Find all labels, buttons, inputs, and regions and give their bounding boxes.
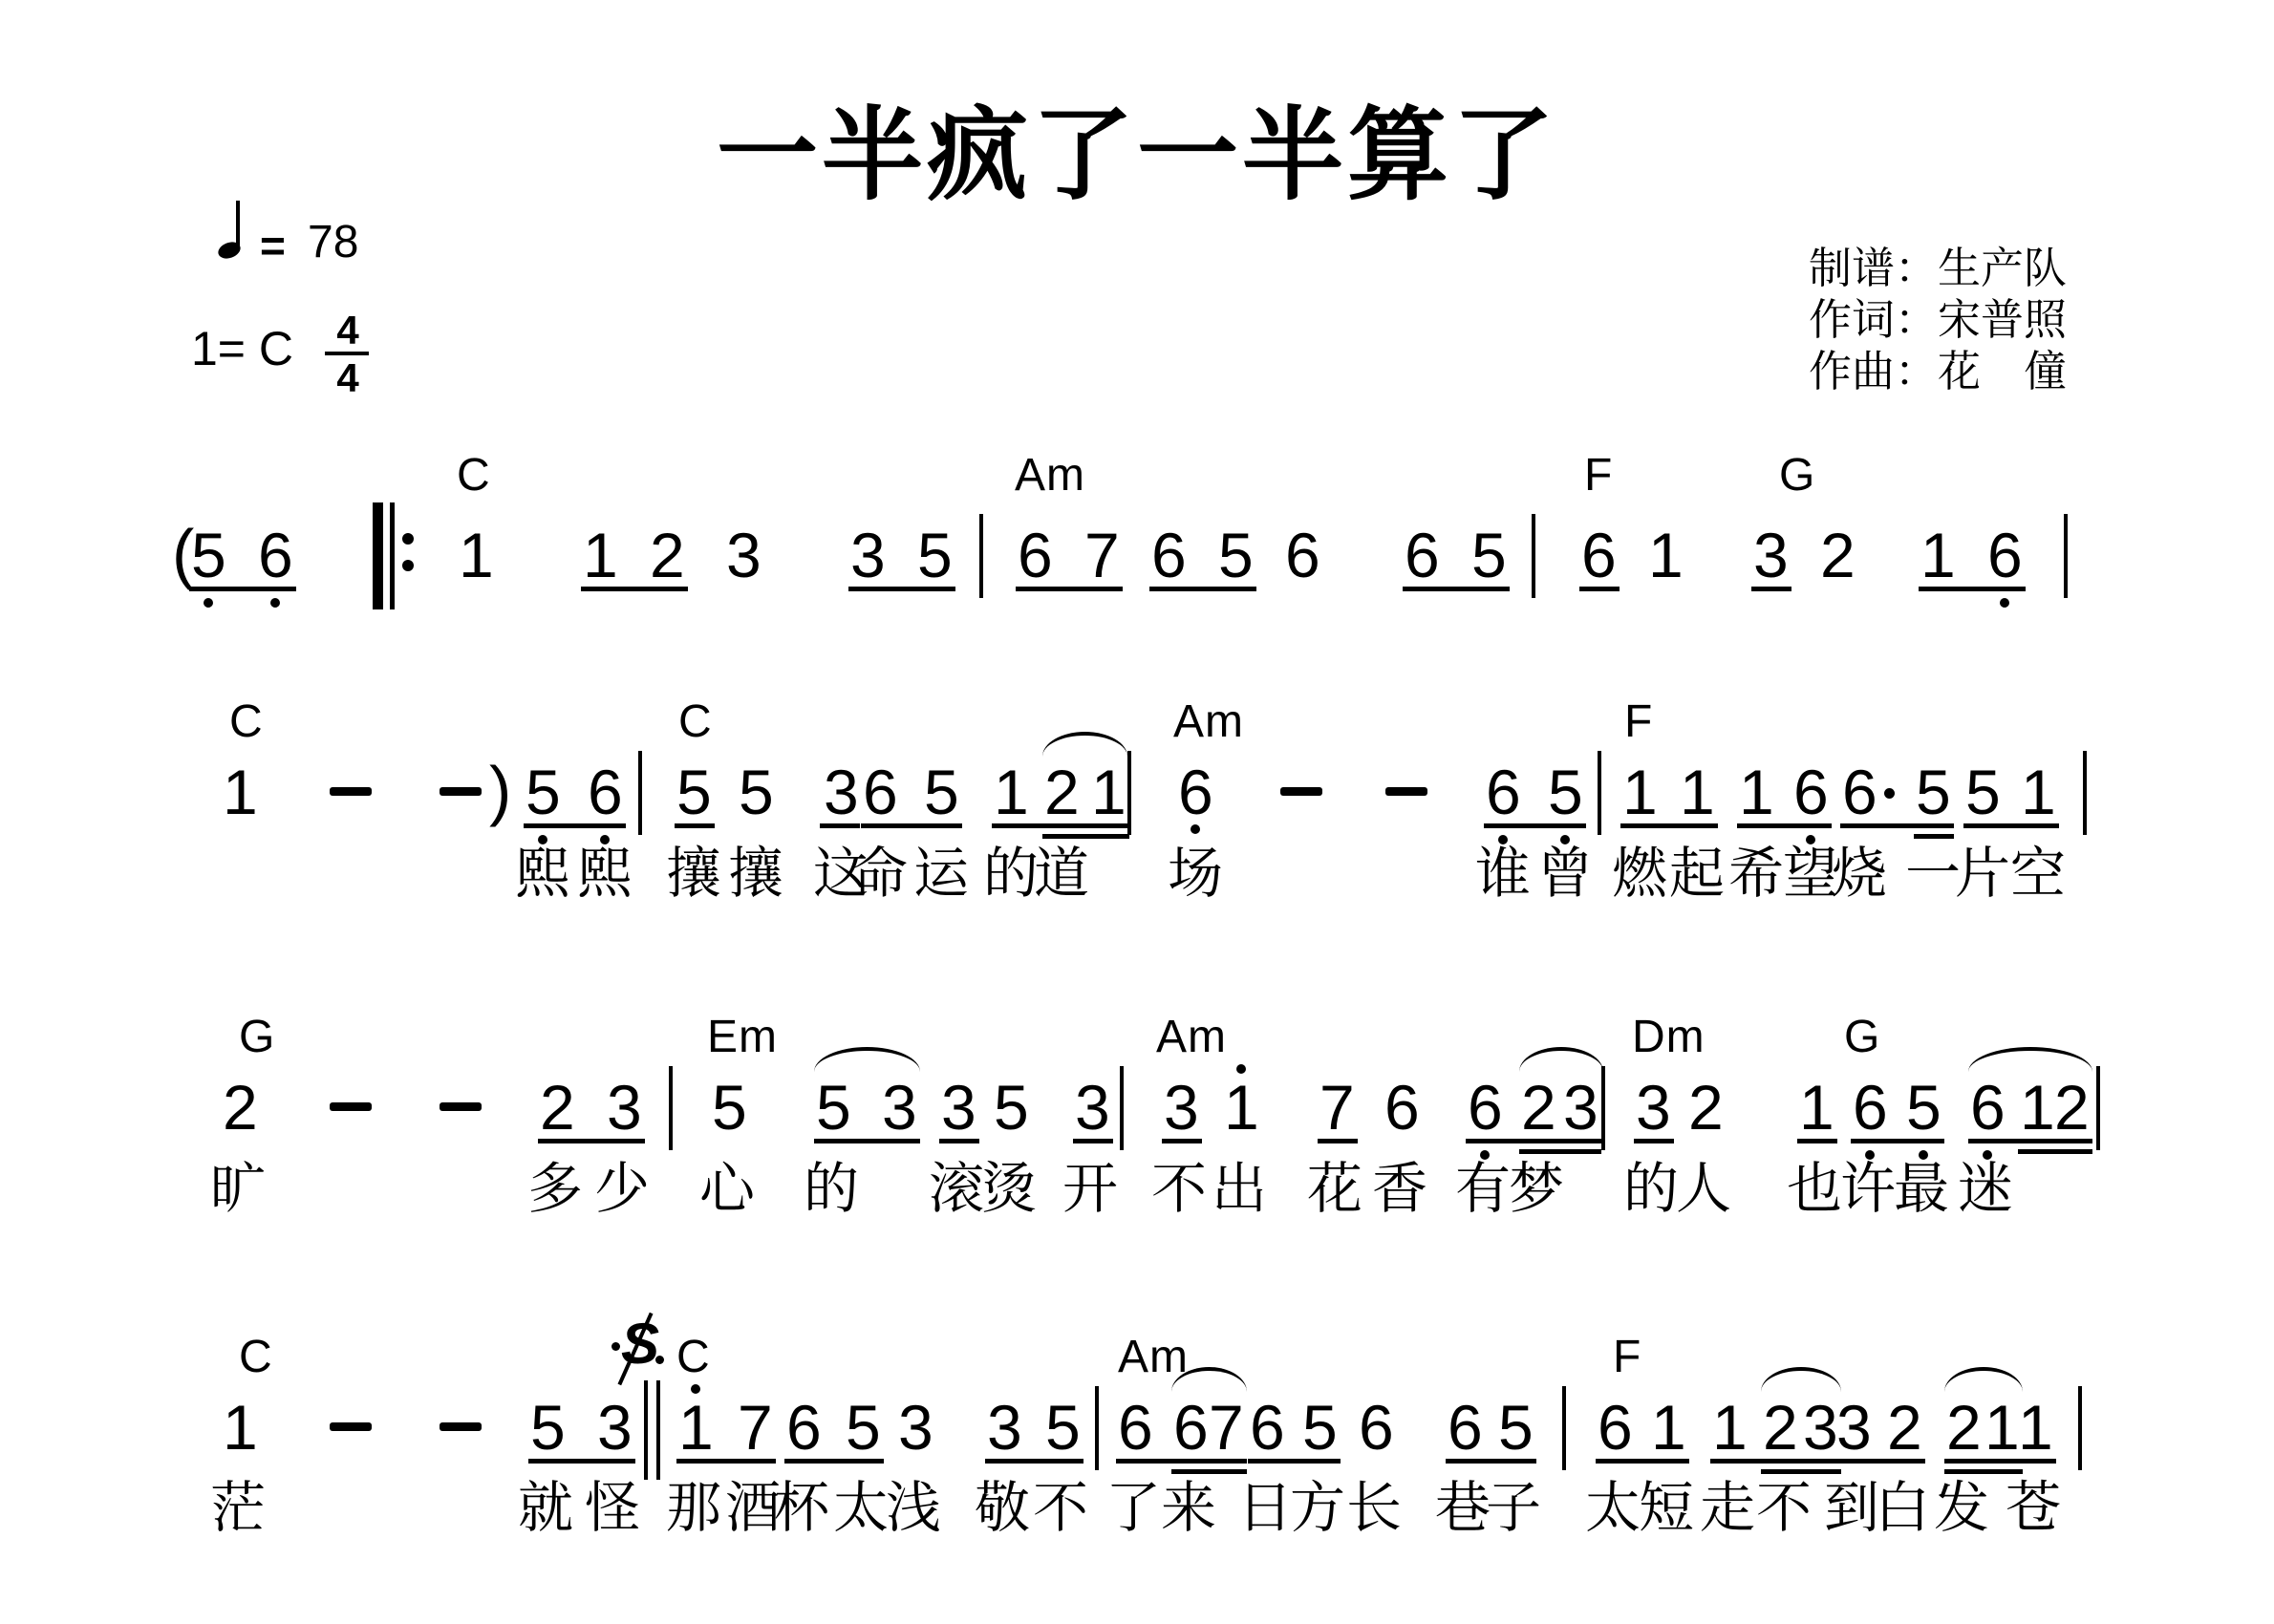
note-digit: 1 xyxy=(2020,1079,2055,1135)
note-digit: 1 xyxy=(2018,1400,2053,1455)
dash-extension xyxy=(330,787,372,796)
note-digit: 5 xyxy=(1548,764,1583,820)
note-digit: 6 xyxy=(588,764,623,820)
note-digit: 5 xyxy=(191,527,226,583)
note-digit: 1 xyxy=(1799,1079,1834,1135)
note-digit: 6 xyxy=(1448,1400,1483,1455)
note-digit: 6 xyxy=(1178,764,1213,820)
segno-dot xyxy=(611,1342,620,1351)
chord-label: G xyxy=(1779,449,1815,502)
repeat-start-thin-bar xyxy=(390,502,395,609)
lyric-syllable: 敬 xyxy=(975,1479,1030,1538)
slur-arc xyxy=(1042,732,1127,757)
beam-underline xyxy=(1519,1149,1601,1154)
barline xyxy=(1120,1066,1124,1150)
note-digit: 5 xyxy=(846,1400,881,1455)
note-digit: 3 xyxy=(1803,1400,1838,1455)
barline xyxy=(1562,1386,1566,1470)
note-digit: 3 xyxy=(726,527,762,583)
barline xyxy=(638,751,642,835)
chord-label: F xyxy=(1624,695,1653,748)
lyric-syllable: 茫 xyxy=(210,1479,266,1538)
note-digit: 3 xyxy=(1836,1400,1872,1455)
lyric-syllable: 子 xyxy=(1486,1479,1541,1538)
chord-label: Am xyxy=(1156,1011,1227,1063)
lyric-syllable: 旷 xyxy=(210,1160,266,1219)
note-digit: 6 xyxy=(1359,1400,1394,1455)
note-digit: 3 xyxy=(1075,1079,1110,1135)
tempo-equals: = xyxy=(260,220,286,271)
lyric-syllable: 杯 xyxy=(774,1479,829,1538)
repeat-start-thick-bar xyxy=(373,502,383,609)
lyric-syllable: 烫 xyxy=(981,1160,1037,1219)
note-digit: 2 xyxy=(1688,1079,1724,1135)
note-digit: 7 xyxy=(1209,1400,1244,1455)
note-digit: 5 xyxy=(712,1079,747,1135)
lyric-syllable: 短 xyxy=(1639,1479,1694,1538)
note-digit: 1 xyxy=(1680,764,1715,820)
note-digit: 2 xyxy=(540,1079,575,1135)
octave-low-dot xyxy=(2000,598,2009,608)
chord-label: G xyxy=(239,1011,275,1063)
barline xyxy=(2078,1386,2082,1470)
barline xyxy=(2083,751,2087,835)
note-digit: 3 xyxy=(987,1400,1022,1455)
note-digit: 5 xyxy=(1916,764,1951,820)
lyric-syllable: 望 xyxy=(1783,844,1838,904)
lyric-syllable: 的 xyxy=(983,844,1039,904)
note-digit: 6 xyxy=(1970,1079,2006,1135)
note-digit: 1 xyxy=(994,764,1029,820)
chord-label: F xyxy=(1584,449,1613,502)
lyric-syllable: 酒 xyxy=(725,1479,781,1538)
note-digit: 5 xyxy=(816,1079,851,1135)
lyric-syllable: 场 xyxy=(1168,844,1223,904)
octave-low-dot xyxy=(270,598,280,608)
note-digit: 6 xyxy=(1581,527,1617,583)
lyric-syllable: 少 xyxy=(594,1160,650,1219)
lyric-syllable: 人 xyxy=(1676,1160,1731,1219)
note-digit: 6 xyxy=(1384,1079,1420,1135)
sheet-music-page: 一半疯了一半算了 = 78 1= C 4 4 制谱：生产队 作词：宋普照 作曲：… xyxy=(0,0,2274,1624)
barline xyxy=(1532,514,1535,598)
note-digit: 3 xyxy=(898,1400,933,1455)
note-digit: 2 xyxy=(1044,764,1080,820)
note-digit: 6 xyxy=(1250,1400,1285,1455)
chord-label: Am xyxy=(1015,449,1085,502)
note-digit: 5 xyxy=(924,764,959,820)
lyric-syllable: 心 xyxy=(699,1160,755,1219)
lyric-syllable: 苍 xyxy=(2006,1479,2061,1538)
note-digit: 6 xyxy=(1151,527,1187,583)
note-digit: 7 xyxy=(1084,527,1120,583)
note-digit: 1 xyxy=(583,527,618,583)
dash-extension xyxy=(1385,787,1427,796)
note-digit: 3 xyxy=(824,764,859,820)
dash-extension xyxy=(330,1102,372,1111)
lyric-syllable: 滚 xyxy=(929,1160,984,1219)
barline xyxy=(979,514,983,598)
note-digit: 5 xyxy=(994,1079,1029,1135)
chord-label: C xyxy=(678,695,713,748)
song-title: 一半疯了一半算了 xyxy=(0,75,2274,220)
lyric-syllable: 谁 xyxy=(1475,844,1531,904)
repeat-dot xyxy=(402,560,414,571)
lyric-syllable: 梦 xyxy=(1509,1160,1564,1219)
repeat-dot xyxy=(402,533,414,545)
note-digit: 3 xyxy=(1636,1079,1671,1135)
note-digit: 3 xyxy=(597,1400,633,1455)
note-digit: 3 xyxy=(850,527,886,583)
lyric-syllable: 太 xyxy=(1585,1479,1641,1538)
octave-low-dot xyxy=(1191,824,1200,834)
note-digit: 3 xyxy=(941,1079,976,1135)
note-digit: 6 xyxy=(1405,527,1440,583)
lyric-syllable: 不 xyxy=(1151,1160,1207,1219)
lyric-syllable: 攘 xyxy=(728,844,783,904)
beam-underline xyxy=(1171,1469,1247,1474)
note-digit: 2 xyxy=(1887,1400,1922,1455)
dash-extension xyxy=(440,1422,482,1431)
lyric-syllable: 到 xyxy=(1824,1479,1879,1538)
note-digit: 3 xyxy=(607,1079,642,1135)
slur-arc xyxy=(814,1047,920,1072)
barline xyxy=(669,1066,673,1150)
chord-label: Em xyxy=(707,1011,778,1063)
note-digit: 1 xyxy=(1648,527,1684,583)
parenthesis: ) xyxy=(489,757,511,823)
chord-label: C xyxy=(229,695,264,748)
note-digit: 5 xyxy=(1045,1400,1081,1455)
lyric-syllable: 希 xyxy=(1728,844,1784,904)
note-digit: 6 xyxy=(1018,527,1053,583)
note-digit: 1 xyxy=(1984,1400,2020,1455)
double-barline xyxy=(644,1380,648,1480)
note-digit: 3 xyxy=(1563,1079,1598,1135)
note-digit: 5 xyxy=(1965,764,2001,820)
note-digit: 2 xyxy=(1820,527,1856,583)
note-digit: 6 xyxy=(1173,1400,1209,1455)
barline xyxy=(1598,751,1601,835)
barline xyxy=(1127,751,1131,835)
barline xyxy=(2064,514,2068,598)
note-digit: 6 xyxy=(1118,1400,1153,1455)
slur-arc xyxy=(1761,1367,1841,1392)
tempo-bpm: 78 xyxy=(308,216,358,268)
lyric-syllable: 熙 xyxy=(577,844,633,904)
key-signature: 1= C xyxy=(191,321,293,376)
lyric-syllable: 迷 xyxy=(1958,1160,2013,1219)
note-digit: 6 xyxy=(786,1400,822,1455)
note-digit: 1 xyxy=(223,1400,258,1455)
lyric-syllable: 的 xyxy=(1623,1160,1679,1219)
note-digit: 1 xyxy=(2021,764,2056,820)
beam-underline xyxy=(1944,1469,2023,1474)
lyric-syllable: 日 xyxy=(1237,1479,1293,1538)
credit-lyricist: 作词：宋普照 xyxy=(1809,295,2067,344)
chord-label: C xyxy=(239,1331,273,1383)
time-signature-top: 4 xyxy=(329,308,367,353)
note-digit: 5 xyxy=(526,764,561,820)
barline xyxy=(1095,1386,1099,1470)
note-digit: 6 xyxy=(1598,1400,1633,1455)
lyric-syllable: 命 xyxy=(852,844,908,904)
chord-label: C xyxy=(457,449,491,502)
lyric-syllable: 起 xyxy=(1669,844,1725,904)
note-digit: 1 xyxy=(1224,1079,1259,1135)
note-digit: 1 xyxy=(1920,527,1956,583)
chord-label: F xyxy=(1613,1331,1641,1383)
note-digit: 1 xyxy=(1651,1400,1686,1455)
chord-label: Dm xyxy=(1632,1011,1705,1063)
credits-block: 制谱：生产队 作词：宋普照 作曲：花 僮 xyxy=(1809,243,2067,397)
note-digit: 5 xyxy=(1498,1400,1534,1455)
quarter-note-stem xyxy=(236,201,240,250)
slur-arc xyxy=(1944,1367,2023,1392)
lyric-syllable: 了 xyxy=(1105,1479,1161,1538)
barline xyxy=(2096,1066,2100,1150)
note-digit: 2 xyxy=(650,527,685,583)
double-barline xyxy=(656,1380,660,1480)
note-digit: 5 xyxy=(739,764,774,820)
dash-extension xyxy=(330,1422,372,1431)
lyric-syllable: 熙 xyxy=(515,844,570,904)
note-digit: 2 xyxy=(1763,1400,1798,1455)
note-digit: 6 xyxy=(258,527,293,583)
lyric-syllable: 发 xyxy=(1934,1479,1989,1538)
note-digit: 6 xyxy=(1842,764,1877,820)
note-digit: 6 xyxy=(1486,764,1521,820)
chord-label: Am xyxy=(1118,1331,1189,1383)
note-digit: 5 xyxy=(530,1400,566,1455)
dash-extension xyxy=(440,787,482,796)
lyric-syllable: 的 xyxy=(804,1160,859,1219)
note-digit: 1 xyxy=(1739,764,1774,820)
beam-underline xyxy=(1042,834,1129,839)
note-digit: 5 xyxy=(917,527,953,583)
augmentation-dot xyxy=(1884,788,1895,799)
lyric-syllable: 花 xyxy=(1307,1160,1362,1219)
lyric-syllable: 香 xyxy=(1372,1160,1427,1219)
note-digit: 1 xyxy=(223,764,258,820)
lyric-syllable: 有 xyxy=(1455,1160,1511,1219)
note-digit: 3 xyxy=(882,1079,917,1135)
lyric-syllable: 怪 xyxy=(585,1479,640,1538)
lyric-syllable: 巷 xyxy=(1435,1479,1491,1538)
note-digit: 1 xyxy=(1091,764,1126,820)
beam-underline xyxy=(1914,834,1954,839)
note-digit: 3 xyxy=(1164,1079,1199,1135)
note-digit: 5 xyxy=(1218,527,1254,583)
lyric-syllable: 也 xyxy=(1787,1160,1842,1219)
beam-underline xyxy=(1761,1469,1841,1474)
lyric-syllable: 曾 xyxy=(1537,844,1593,904)
octave-high-dot xyxy=(691,1384,700,1394)
octave-high-dot xyxy=(1236,1064,1246,1074)
note-digit: 6 xyxy=(1468,1079,1503,1135)
note-digit: 3 xyxy=(1753,527,1789,583)
lyric-syllable: 许 xyxy=(1840,1160,1896,1219)
note-digit: 1 xyxy=(1712,1400,1748,1455)
lyric-syllable: 那 xyxy=(666,1479,721,1538)
note-digit: 2 xyxy=(1946,1400,1982,1455)
lyric-syllable: 一 xyxy=(1905,844,1961,904)
barline xyxy=(1601,1066,1605,1150)
segno-dot xyxy=(655,1356,664,1364)
note-digit: 5 xyxy=(1906,1079,1941,1135)
note-digit: 7 xyxy=(1319,1079,1355,1135)
lyric-syllable: 燃 xyxy=(1612,844,1667,904)
note-digit: 5 xyxy=(1471,527,1507,583)
lyric-syllable: 方 xyxy=(1290,1479,1345,1538)
note-digit: 2 xyxy=(2054,1079,2090,1135)
lyric-syllable: 最 xyxy=(1894,1160,1949,1219)
octave-low-dot xyxy=(204,598,213,608)
lyric-syllable: 不 xyxy=(1033,1479,1088,1538)
note-digit: 1 xyxy=(678,1400,714,1455)
lyric-syllable: 多 xyxy=(527,1160,583,1219)
note-digit: 5 xyxy=(1302,1400,1338,1455)
note-digit: 2 xyxy=(223,1079,258,1135)
lyric-syllable: 片 xyxy=(1955,844,2010,904)
note-digit: 1 xyxy=(459,527,494,583)
lyric-syllable: 来 xyxy=(1161,1479,1216,1538)
note-digit: 6 xyxy=(1285,527,1320,583)
note-digit: 6 xyxy=(1987,527,2023,583)
lyric-syllable: 出 xyxy=(1212,1160,1267,1219)
note-digit: 7 xyxy=(738,1400,773,1455)
lyric-syllable: 烧 xyxy=(1832,844,1887,904)
lyric-syllable: 白 xyxy=(1875,1479,1930,1538)
note-digit: 2 xyxy=(1521,1079,1556,1135)
dash-extension xyxy=(1280,787,1322,796)
lyric-syllable: 太 xyxy=(833,1479,889,1538)
note-digit: 6 xyxy=(1853,1079,1888,1135)
note-digit: 5 xyxy=(676,764,712,820)
lyric-syllable: 就 xyxy=(518,1479,573,1538)
lyric-syllable: 攘 xyxy=(666,844,721,904)
note-digit: 6 xyxy=(863,764,898,820)
chord-label: C xyxy=(676,1331,711,1383)
lyric-syllable: 空 xyxy=(2010,844,2066,904)
lyric-syllable: 走 xyxy=(1700,1479,1755,1538)
chord-label: Am xyxy=(1173,695,1244,748)
chord-label: G xyxy=(1844,1011,1880,1063)
lyric-syllable: 运 xyxy=(913,844,969,904)
lyric-syllable: 不 xyxy=(1756,1479,1812,1538)
time-signature-bottom: 4 xyxy=(329,355,367,401)
dash-extension xyxy=(440,1102,482,1111)
slur-arc xyxy=(1519,1047,1603,1072)
credit-arranger: 制谱：生产队 xyxy=(1809,244,2067,292)
credit-composer: 作曲：花 僮 xyxy=(1809,347,2067,395)
note-digit: 6 xyxy=(1793,764,1829,820)
slur-arc xyxy=(1968,1047,2092,1072)
note-digit: 1 xyxy=(1622,764,1658,820)
lyric-syllable: 道 xyxy=(1034,844,1089,904)
lyric-syllable: 长 xyxy=(1346,1479,1402,1538)
beam-underline xyxy=(2018,1149,2092,1154)
lyric-syllable: 开 xyxy=(1062,1160,1118,1219)
lyric-syllable: 浅 xyxy=(886,1479,941,1538)
